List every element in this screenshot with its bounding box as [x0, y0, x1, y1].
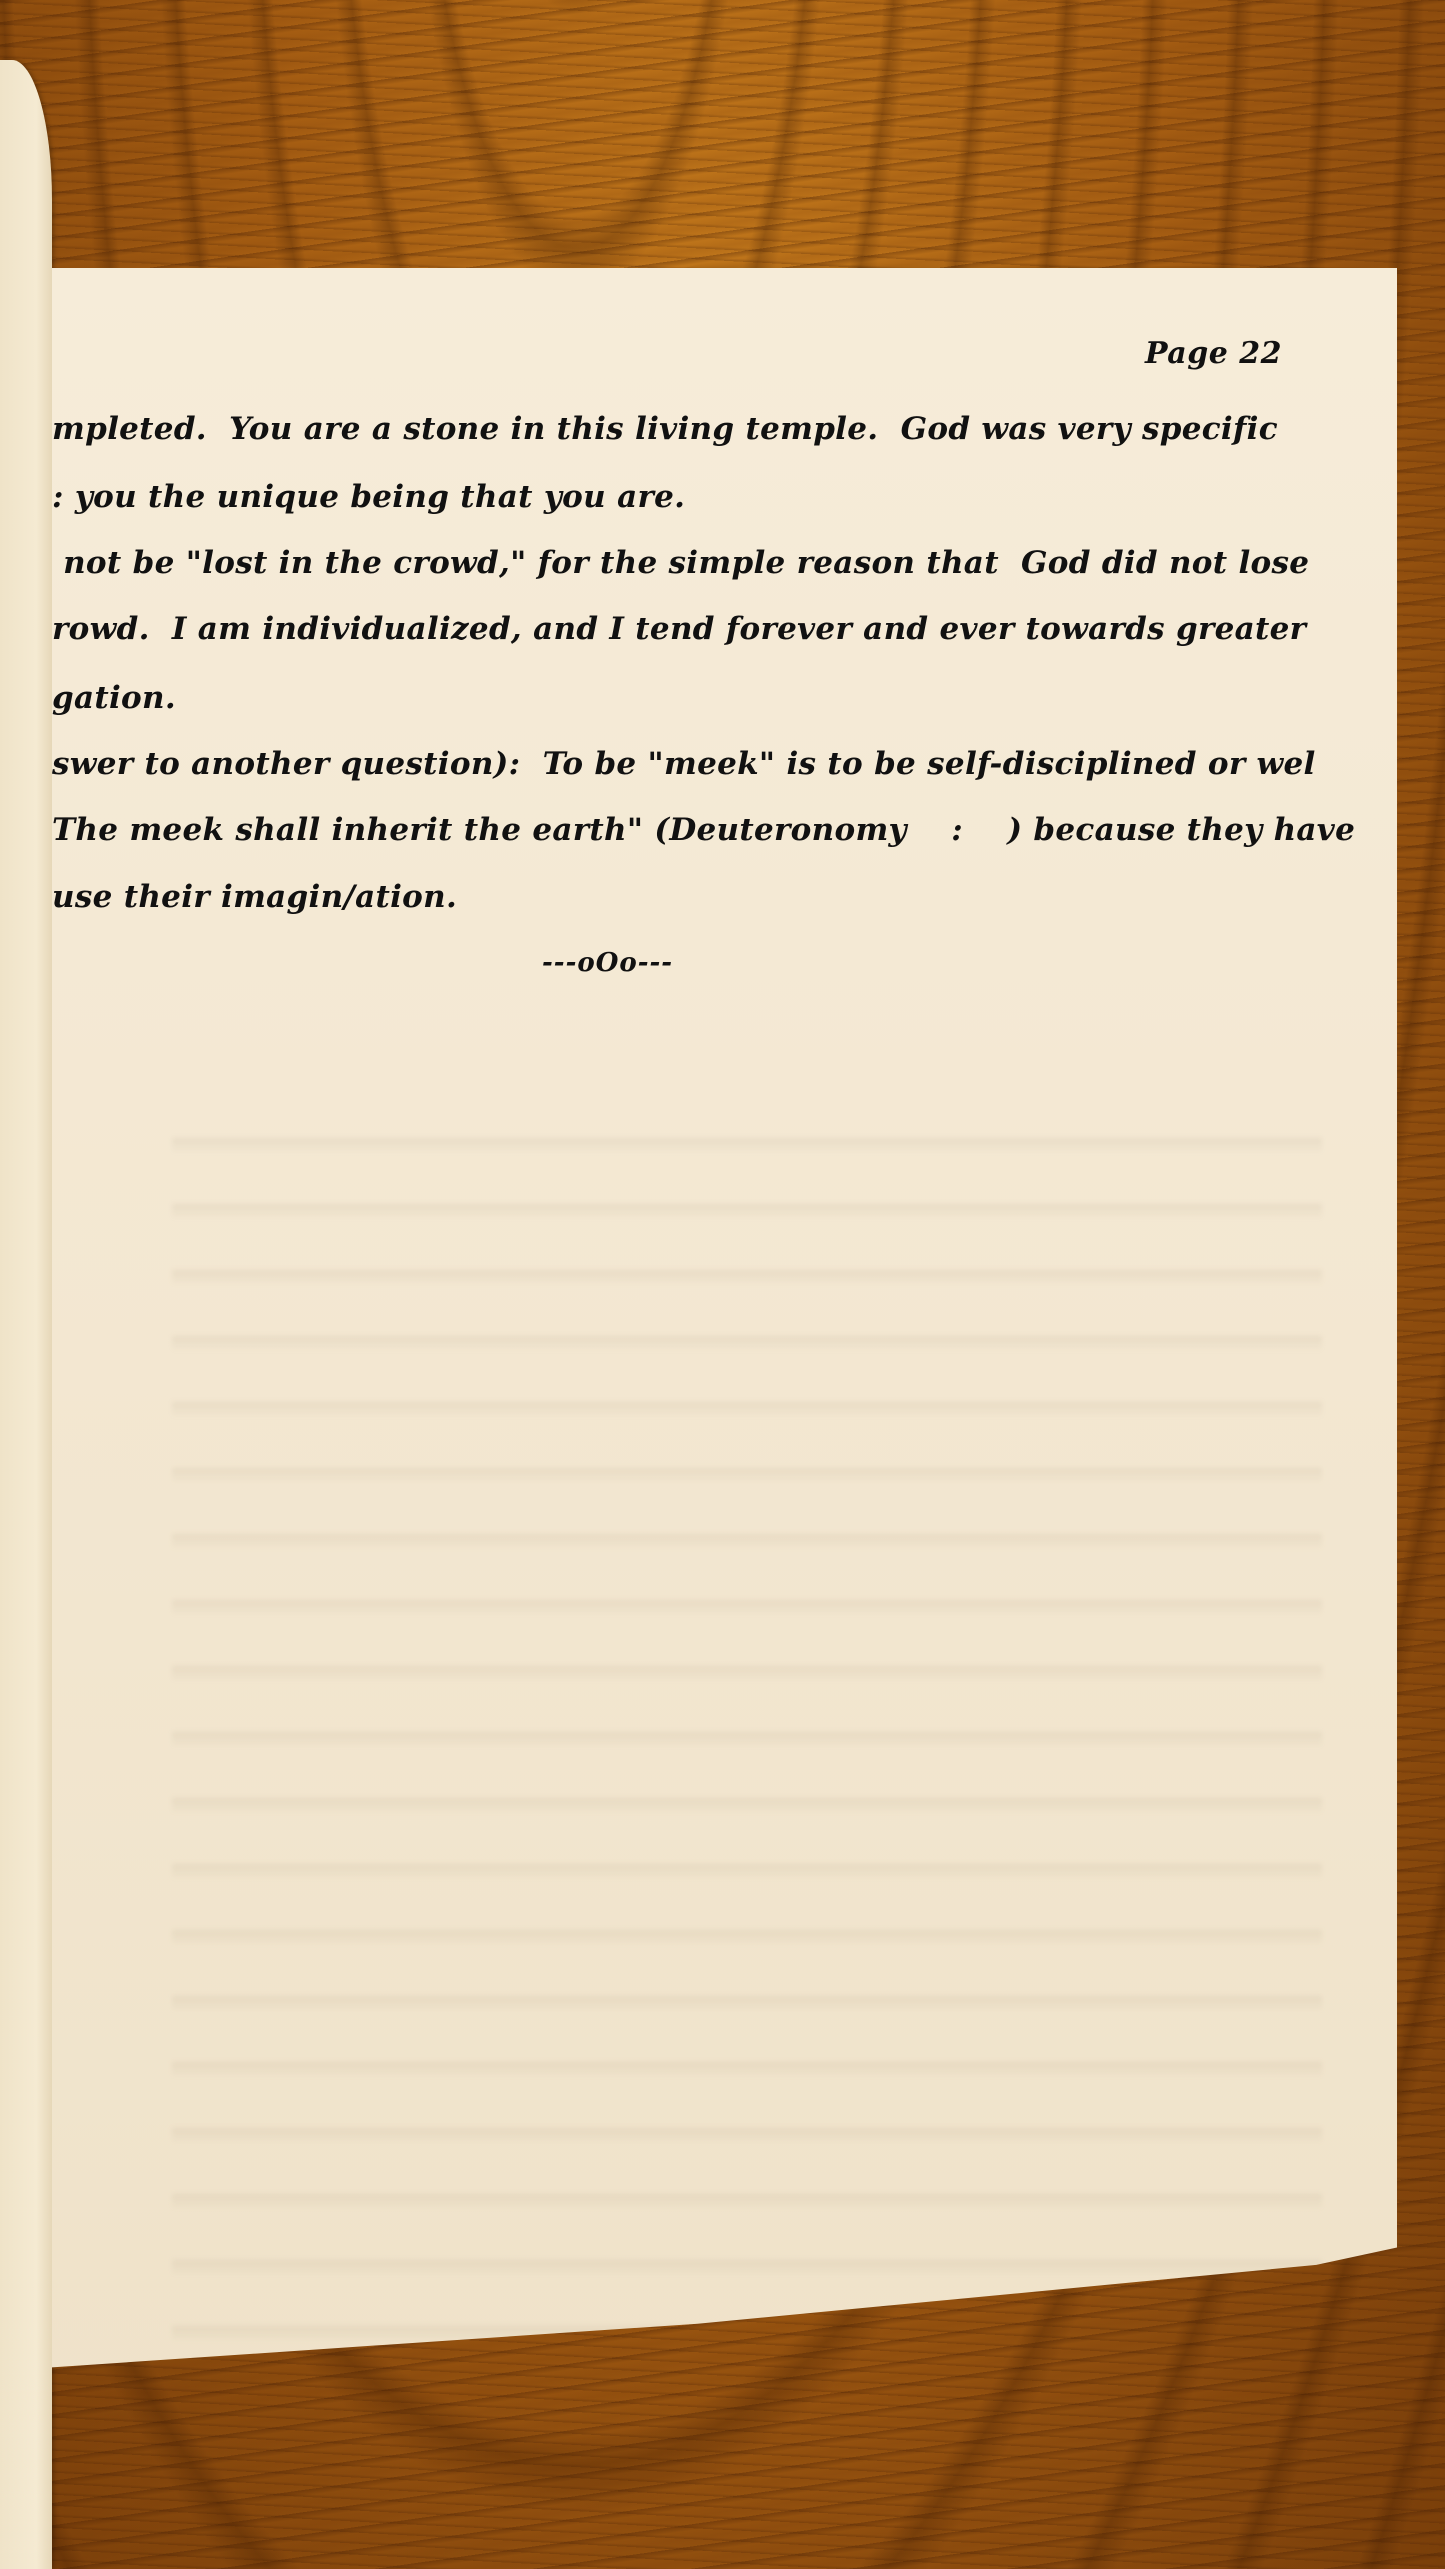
page-content: Page 22 mpleted. You are a stone in this… [52, 268, 1397, 2448]
document-page: Page 22 mpleted. You are a stone in this… [52, 268, 1397, 2448]
text-line: not be "lost in the crowd," for the simp… [52, 548, 1309, 579]
text-line: The meek shall inherit the earth" (Deute… [52, 815, 1355, 846]
text-line: : you the unique being that you are. [52, 482, 685, 513]
bleed-through-text [172, 1088, 1322, 2438]
text-line: swer to another question): To be "meek" … [52, 749, 1316, 780]
text-line: gation. [52, 683, 176, 714]
text-line: mpleted. You are a stone in this living … [52, 414, 1278, 445]
page-number: Page 22 [1145, 336, 1282, 371]
text-line: use their imagin/ation. [52, 882, 457, 913]
text-line: rowd. I am individualized, and I tend fo… [52, 614, 1306, 645]
facing-page-edge [0, 60, 52, 2569]
section-separator: ---oOo--- [542, 948, 673, 978]
